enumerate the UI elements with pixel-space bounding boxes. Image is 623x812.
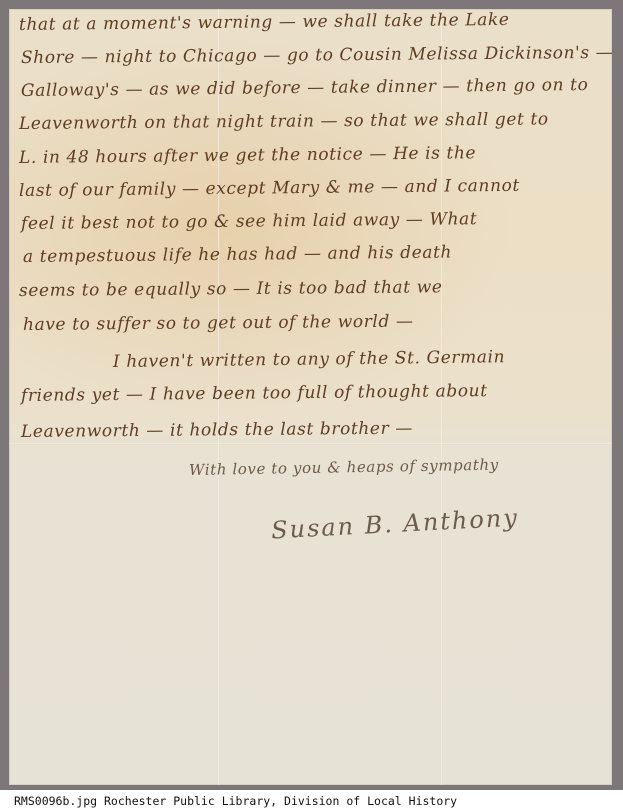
letter-line: have to suffer so to get out of the worl… xyxy=(23,312,414,335)
letter-closing: With love to you & heaps of sympathy xyxy=(189,456,499,479)
letter-line: a tempestuous life he has had — and his … xyxy=(23,243,452,267)
letter-line: feel it best not to go & see him laid aw… xyxy=(21,209,477,234)
letter-line: Shore — night to Chicago — go to Cousin … xyxy=(21,43,613,68)
letter-paper: that at a moment's warning — we shall ta… xyxy=(9,9,612,785)
letter-line: last of our family — except Mary & me — … xyxy=(19,176,520,201)
letter-line: L. in 48 hours after we get the notice —… xyxy=(19,143,476,168)
scan-frame: that at a moment's warning — we shall ta… xyxy=(0,0,623,790)
letter-line: Galloway's — as we did before — take din… xyxy=(21,75,589,101)
letter-line: Leavenworth — it holds the last brother … xyxy=(21,419,413,442)
letter-line: friends yet — I have been too full of th… xyxy=(21,381,488,406)
letter-line: seems to be equally so — It is too bad t… xyxy=(19,277,443,301)
image-caption: RMS0096b.jpg Rochester Public Library, D… xyxy=(14,792,457,810)
letter-line: Leavenworth on that night train — so tha… xyxy=(19,109,549,134)
signature: Susan B. Anthony xyxy=(270,504,519,545)
letter-line: that at a moment's warning — we shall ta… xyxy=(19,10,510,35)
letter-line: I haven't written to any of the St. Germ… xyxy=(113,347,505,372)
handwritten-letter: that at a moment's warning — we shall ta… xyxy=(9,9,612,785)
